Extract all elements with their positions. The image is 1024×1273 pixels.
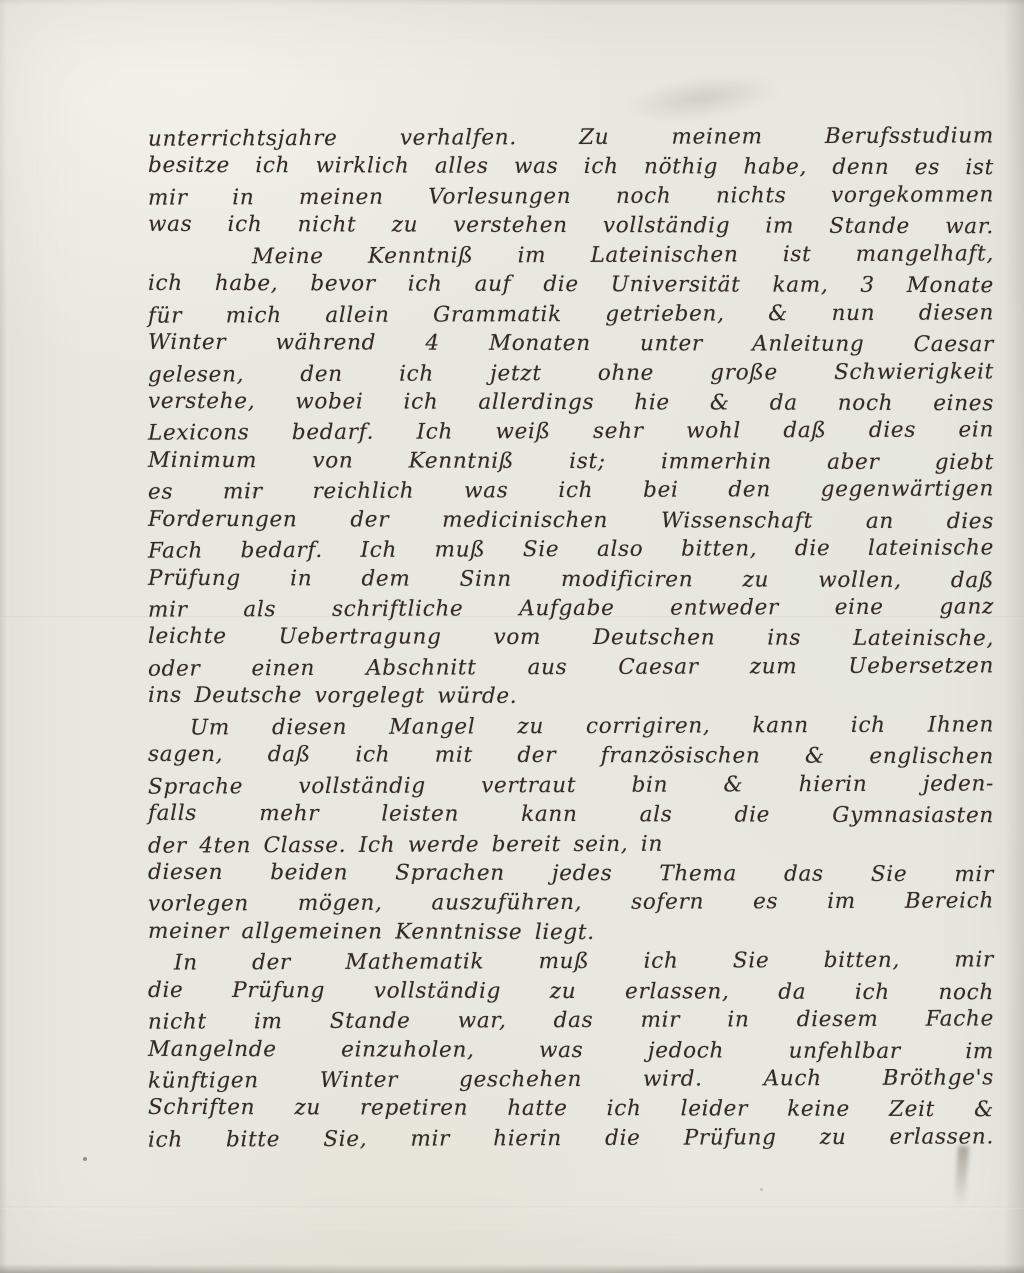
letter-line: leichte Uebertragung vom Deutschen ins L…: [148, 622, 994, 654]
letter-line: ich bitte Sie, mir hierin die Prüfung zu…: [148, 1122, 994, 1155]
letter-line: verstehe, wobei ich allerdings hie & da …: [148, 387, 994, 419]
pencil-smudge: [620, 65, 785, 131]
letter-page: unterrichtsjahre verhalfen. Zu meinem Be…: [0, 0, 1024, 1273]
letter-line: mir in meinen Vorlesungen noch nichts vo…: [148, 180, 994, 213]
letter-line: für mich allein Grammatik getrieben, & n…: [148, 298, 994, 331]
letter-line: ins Deutsche vorgelegt würde.: [148, 681, 994, 713]
letter-line: besitze ich wirklich alles was ich nöthi…: [148, 151, 994, 183]
letter-line: diesen beiden Sprachen jedes Thema das S…: [148, 858, 994, 890]
letter-line: mir als schriftliche Aufgabe entweder ei…: [148, 592, 994, 625]
letter-line: gelesen, den ich jetzt ohne große Schwie…: [148, 357, 994, 390]
letter-line: Schriften zu repetiren hatte ich leider …: [148, 1093, 994, 1125]
ink-smear: [954, 1146, 969, 1207]
letter-line: oder einen Abschnitt aus Caesar zum Uebe…: [148, 651, 994, 684]
letter-line: Meine Kenntniß im Lateinischen ist mange…: [148, 239, 994, 272]
letter-line: Forderungen der medicinischen Wissenscha…: [148, 505, 994, 537]
letter-line: Fach bedarf. Ich muß Sie also bitten, di…: [148, 534, 994, 567]
letter-line: Winter während 4 Monaten unter Anleitung…: [148, 328, 994, 360]
letter-text: unterrichtsjahre verhalfen. Zu meinem Be…: [148, 123, 994, 1153]
letter-line: unterrichtsjahre verhalfen. Zu meinem Be…: [148, 121, 994, 154]
letter-line: vorlegen mögen, auszuführen, sofern es i…: [148, 887, 994, 920]
letter-line: falls mehr leisten kann als die Gymnasia…: [148, 799, 994, 831]
letter-line: In der Mathematik muß ich Sie bitten, mi…: [148, 946, 994, 979]
letter-line: der 4ten Classe. Ich werde bereit sein, …: [148, 828, 994, 861]
letter-line: Lexicons bedarf. Ich weiß sehr wohl daß …: [148, 416, 994, 449]
letter-line: nicht im Stande war, das mir in diesem F…: [148, 1005, 994, 1038]
letter-line: es mir reichlich was ich bei den gegenwä…: [148, 475, 994, 508]
letter-line: sagen, daß ich mit der französischen & e…: [148, 740, 994, 772]
letter-line: Minimum von Kenntniß ist; immerhin aber …: [148, 446, 994, 478]
letter-line: Um diesen Mangel zu corrigiren, kann ich…: [148, 710, 994, 743]
letter-line: künftigen Winter geschehen wird. Auch Br…: [148, 1063, 994, 1096]
letter-line: Prüfung in dem Sinn modificiren zu wolle…: [148, 563, 994, 595]
letter-line: was ich nicht zu verstehen vollständig i…: [148, 210, 994, 242]
letter-line: ich habe, bevor ich auf die Universität …: [148, 269, 994, 301]
letter-line: die Prüfung vollständig zu erlassen, da …: [148, 976, 994, 1008]
paper-fold-crease: [0, 1206, 1024, 1209]
letter-line: meiner allgemeinen Kenntnisse liegt.: [148, 917, 994, 949]
letter-line: Mangelnde einzuholen, was jedoch unfehlb…: [148, 1034, 994, 1066]
paper-speck: [760, 1188, 763, 1191]
letter-line: Sprache vollständig vertraut bin & hieri…: [148, 769, 994, 802]
paper-speck: [83, 1157, 87, 1161]
